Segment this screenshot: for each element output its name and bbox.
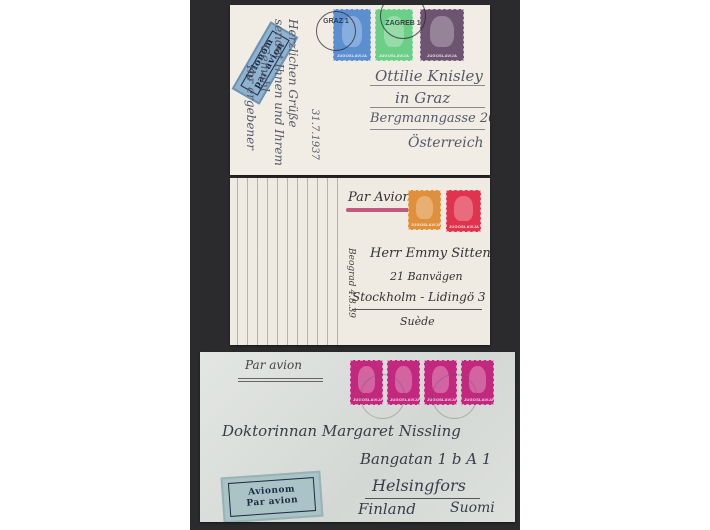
address-rule (370, 129, 485, 130)
address-line-3: Stockholm - Lidingö 3 (352, 290, 486, 304)
address-line-4: Suède (400, 315, 435, 328)
address-rule (352, 309, 482, 310)
postcard-stockholm: Par Avion JUGOSLAVIJA JUGOSLAVIJA Herr E… (230, 178, 490, 345)
message-line-1: Herzlichen Grüße (286, 19, 300, 128)
address-line-1: Ottilie Knisley (375, 67, 483, 85)
address-line-4: Österreich (408, 135, 484, 151)
postmark (360, 374, 405, 419)
airmail-note: Par avion (245, 358, 302, 372)
postmark (432, 374, 477, 419)
address-rule (365, 498, 480, 499)
handwritten-message (230, 178, 342, 345)
message-line-4: Ihr ergebener (244, 65, 258, 150)
date-note: 31.7.1937 (309, 109, 320, 160)
address-line-4: Finland (358, 500, 416, 518)
airmail-underline (238, 378, 323, 379)
message-line-2: sendet Ihnen und Ihrem (272, 19, 286, 166)
airmail-label: Avionom Par avion (221, 471, 324, 522)
address-line-5: Suomi (450, 500, 495, 516)
address-line-1: Herr Emmy Sittenfeld (370, 246, 490, 261)
stamp-red: JUGOSLAVIJA (446, 190, 481, 232)
address-rule (370, 107, 485, 108)
airmail-envelope: Par avion JUGOSLAVIJA JUGOSLAVIJA JUGOSL… (200, 352, 515, 522)
address-line-1: Doktorinnan Margaret Nissling (222, 422, 461, 440)
address-line-2: in Graz (395, 89, 450, 107)
address-line-3: Helsingfors (372, 476, 466, 495)
airmail-label-text: Avionom Par avion (228, 477, 316, 517)
address-line-3: Bergmanngasse 20 (370, 111, 490, 126)
airmail-underline (238, 381, 323, 382)
airmail-note: Par Avion (348, 190, 411, 205)
postmark-graz: GRAZ 1 (316, 11, 356, 51)
address-rule (370, 85, 485, 86)
message-line-3: Gemahl (258, 45, 272, 92)
address-line-2: 21 Banvägen (390, 270, 463, 283)
stamp-orange: JUGOSLAVIJA (408, 190, 441, 230)
address-line-2: Bangatan 1 b A 1 (360, 450, 491, 468)
stamp-purple: JUGOSLAVIJA (420, 9, 464, 61)
date-note: Beograd 4.8.39 (346, 248, 356, 318)
postcard-graz: Avionom par avion Herzlichen Grüße sende… (230, 5, 490, 175)
label-line-2: Par avion (246, 495, 298, 510)
